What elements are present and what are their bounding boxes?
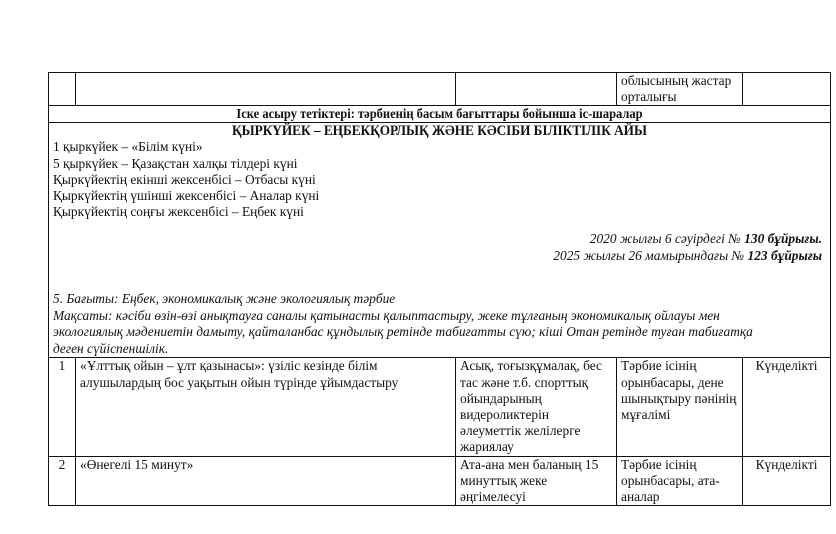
direction-goal-line: экологиялық мәдениетін дамыту, қайталанб… [53, 324, 826, 341]
cell-form: Асық, тоғызқұмалақ, бес тас және т.б. сп… [456, 358, 617, 456]
spacer [53, 264, 826, 291]
cell-event-name: «Ұлттық ойын – ұлт қазынасы»: үзіліс кез… [76, 358, 456, 456]
direction-block: 5. Бағыты: Еңбек, экономикалық және экол… [53, 291, 826, 357]
cell-date: Күнделікті [743, 358, 831, 456]
holiday-item: Қыркүйектің екінші жексенбісі – Отбасы к… [53, 172, 826, 188]
holiday-item: Қыркүйектің үшінші жексенбісі – Аналар к… [53, 188, 826, 204]
direction-goal-line: деген сүйіспеншілік. [53, 341, 826, 358]
table-row: 1 «Ұлттық ойын – ұлт қазынасы»: үзіліс к… [49, 358, 831, 456]
order-reference: 2020 жылғы 6 сәуірдегі № 130 бұйрығы. [53, 231, 822, 248]
cell-num: 2 [49, 456, 76, 506]
cell-form [456, 73, 617, 106]
table-row: 2 «Өнегелі 15 минут» Ата-ана мен баланың… [49, 456, 831, 506]
holiday-item: Қыркүйектің соңғы жексенбісі – Еңбек күн… [53, 204, 826, 220]
direction-goal-line: Мақсаты: кәсіби өзін-өзі анықтауға санал… [53, 308, 826, 325]
holiday-item: 5 қыркүйек – Қазақстан халқы тілдері күн… [53, 156, 826, 172]
order-references: 2020 жылғы 6 сәуірдегі № 130 бұйрығы. 20… [53, 231, 826, 264]
cell-date: Күнделікті [743, 456, 831, 506]
cell-num [49, 73, 76, 106]
table-row-continued: облысының жастар орталығы [49, 73, 831, 106]
order-reference: 2025 жылғы 26 мамырындағы № 123 бұйрығы [53, 248, 822, 265]
cell-event-name [76, 73, 456, 106]
cell-num: 1 [49, 358, 76, 456]
plan-table: облысының жастар орталығы Іске асыру тет… [48, 72, 831, 506]
cell-date [743, 73, 831, 106]
month-title: ҚЫРКҮЙЕК – ЕҢБЕКҚОРЛЫҚ ЖӘНЕ КӘСІБИ БІЛІК… [84, 123, 795, 139]
month-block-row: ҚЫРКҮЙЕК – ЕҢБЕКҚОРЛЫҚ ЖӘНЕ КӘСІБИ БІЛІК… [49, 123, 831, 358]
cell-event-name: «Өнегелі 15 минут» [76, 456, 456, 506]
document-page: облысының жастар орталығы Іске асыру тет… [48, 72, 830, 506]
direction-title: 5. Бағыты: Еңбек, экономикалық және экол… [53, 291, 826, 308]
section-header: Іске асыру тетіктері: тәрбиенің басым ба… [84, 106, 795, 122]
holiday-list: 1 қыркүйек – «Білім күні» 5 қыркүйек – Қ… [53, 139, 826, 220]
cell-responsible: Тәрбие ісінің орынбасары, дене шынықтыру… [617, 358, 743, 456]
cell-responsible: Тәрбие ісінің орынбасары, ата-аналар [617, 456, 743, 506]
holiday-item: 1 қыркүйек – «Білім күні» [53, 139, 826, 155]
cell-form: Ата-ана мен баланың 15 минуттық жеке әңг… [456, 456, 617, 506]
cell-responsible: облысының жастар орталығы [617, 73, 743, 106]
section-header-row: Іске асыру тетіктері: тәрбиенің басым ба… [49, 106, 831, 123]
